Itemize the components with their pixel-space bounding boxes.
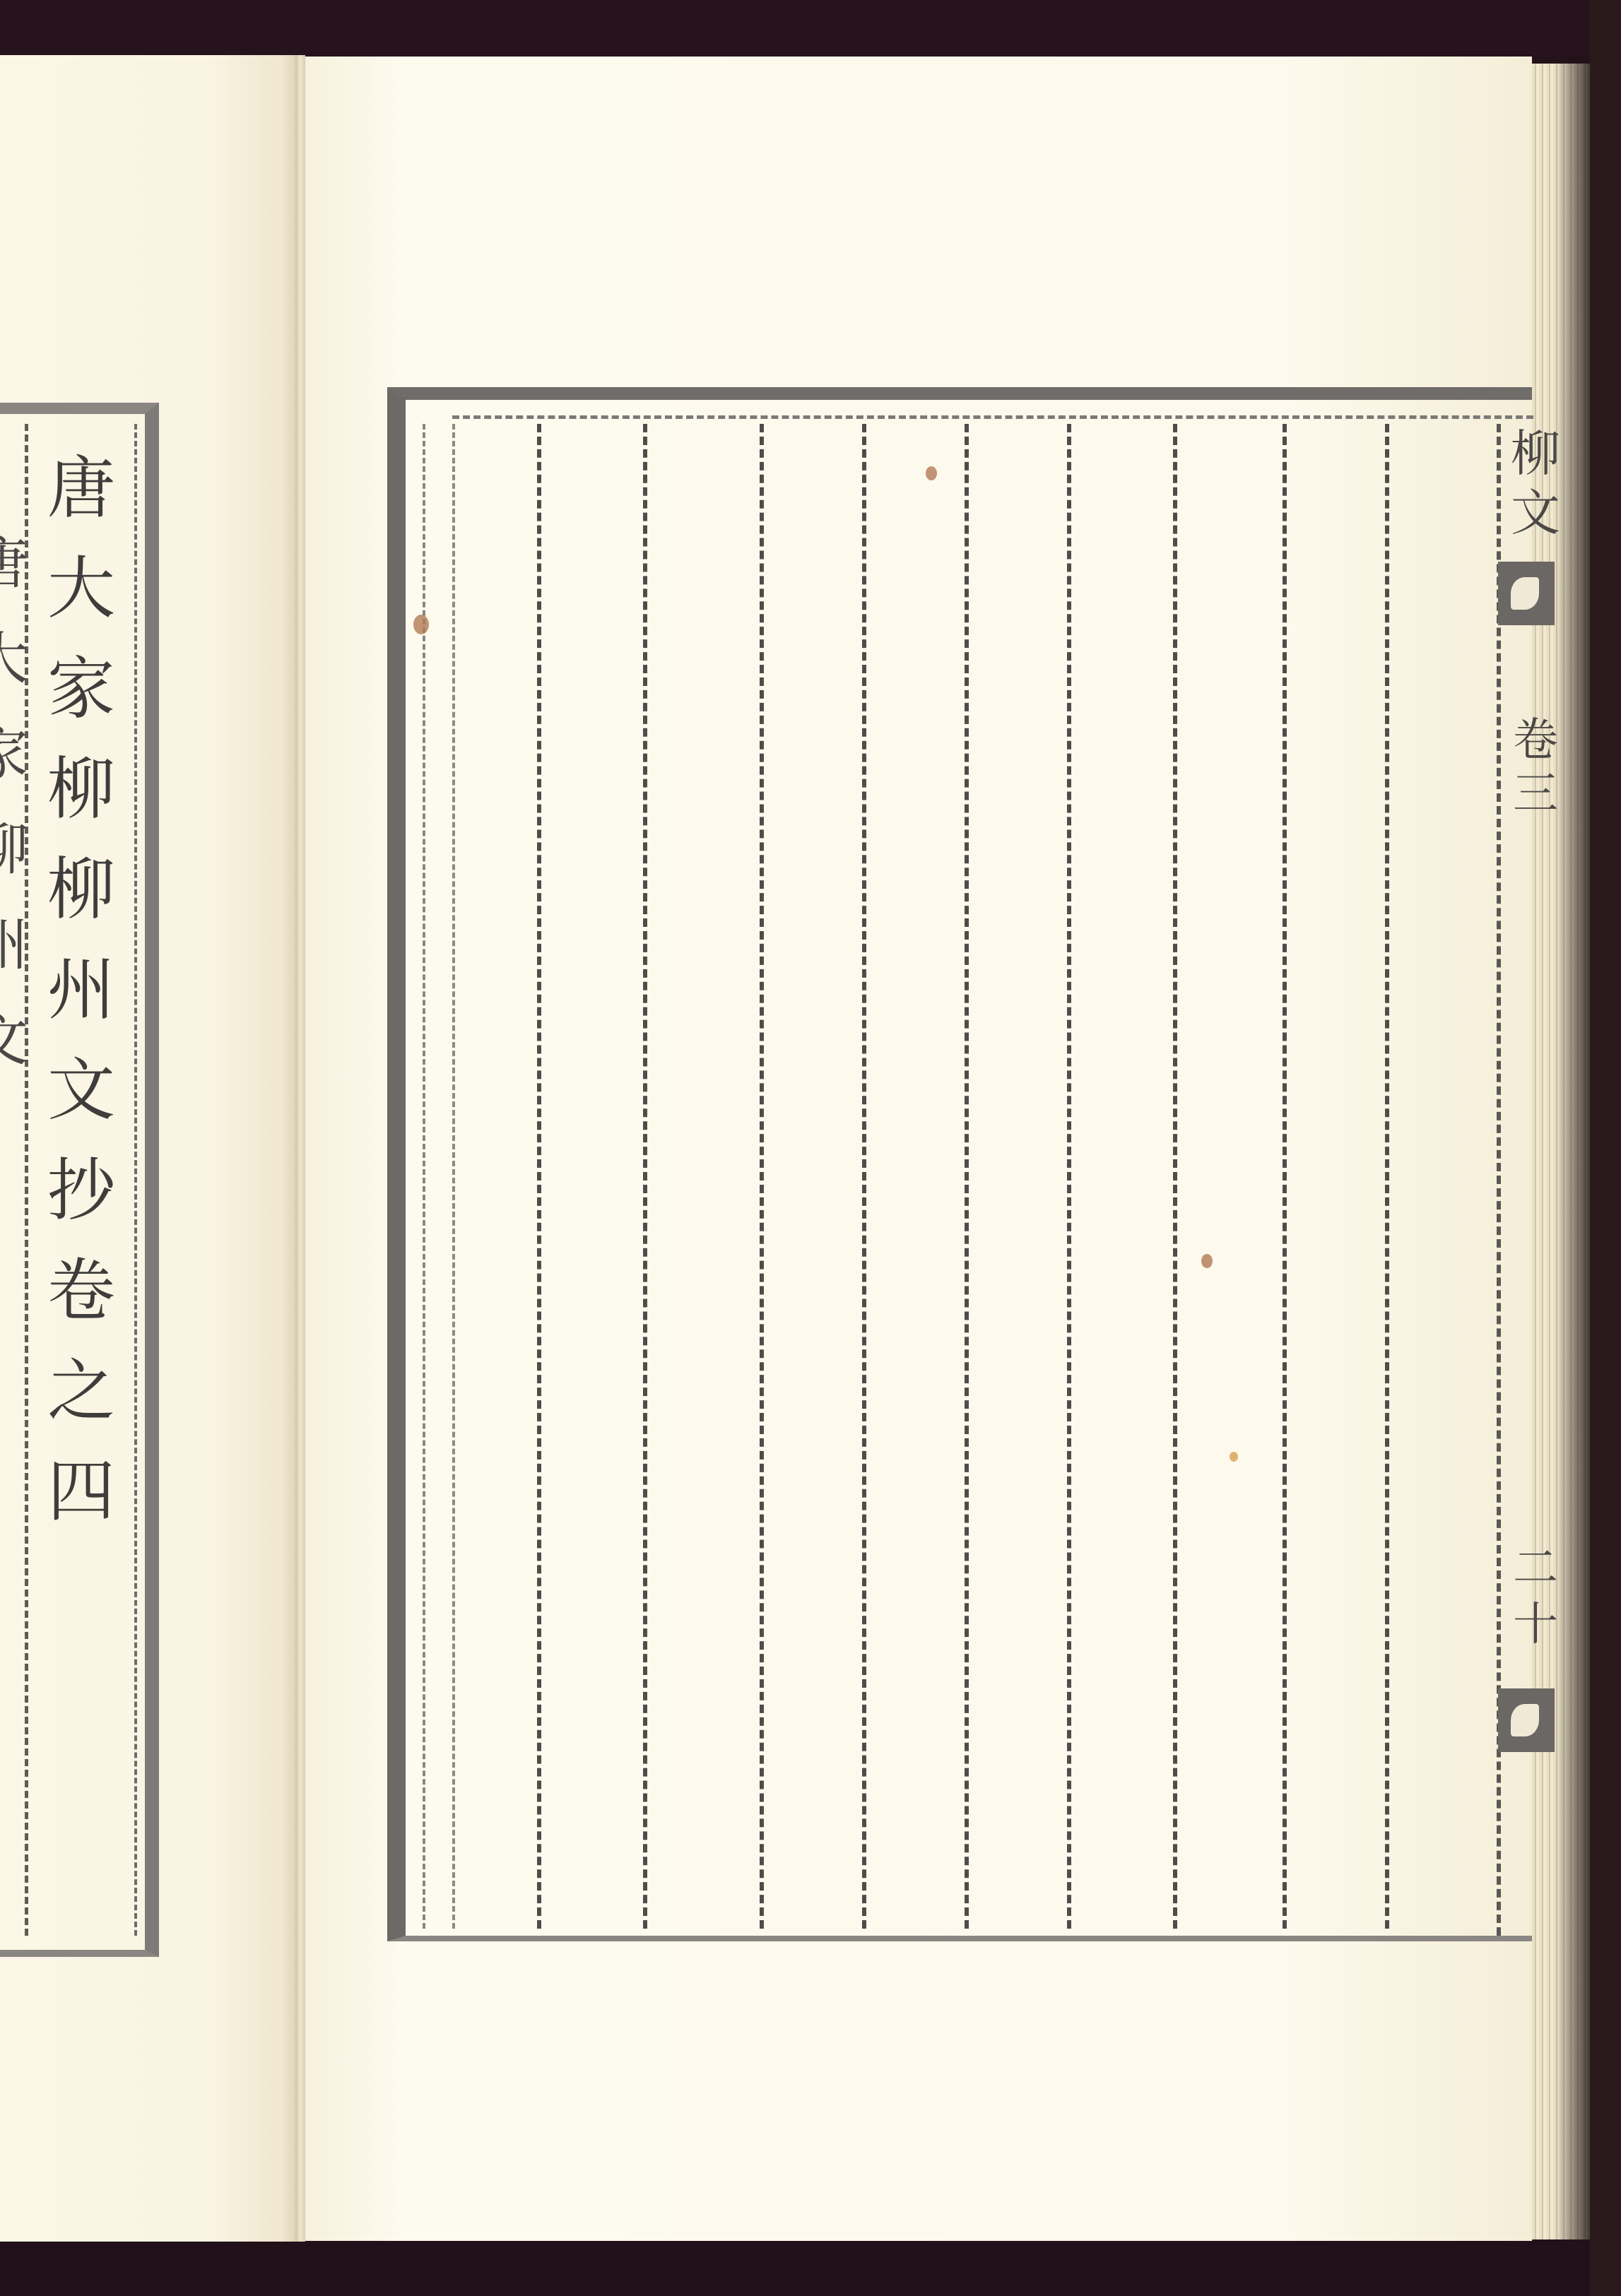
paper-stain [413,615,429,634]
left-page-rule [134,424,137,1936]
left-page-partial-column: 唐大家柳州文 [0,516,21,1088]
banxin-book-title: 柳文 [1504,424,1567,543]
fishtail-mark-icon [1498,1688,1555,1752]
column-rule [760,424,764,1929]
left-page-title-column: 唐大家柳柳州文抄卷之四 [28,438,134,1541]
scan-background-right [1590,0,1621,2296]
paper-stain [1230,1452,1238,1462]
right-page-frame [387,387,1532,1941]
book-gutter [295,55,305,2242]
banxin-page-number: 二十 [1504,1540,1567,1653]
scan-background-top [0,0,1621,57]
scan-background-bottom [0,2239,1621,2296]
frame-top-rule [452,415,1533,419]
column-rule [862,424,866,1929]
fishtail-mark-icon [1498,562,1555,625]
column-rule [1283,424,1287,1929]
column-rule [1067,424,1071,1929]
column-rule [1385,424,1389,1929]
column-rule [452,424,455,1929]
page-edges-shadow [1555,64,1590,2239]
frame-left-rule [423,424,425,1929]
paper-stain [926,466,937,480]
column-rule [1173,424,1177,1929]
column-rule [537,424,541,1929]
banxin-volume: 卷三 [1504,714,1567,821]
column-rule [965,424,969,1929]
paper-stain [1201,1254,1213,1268]
column-rule [643,424,647,1929]
